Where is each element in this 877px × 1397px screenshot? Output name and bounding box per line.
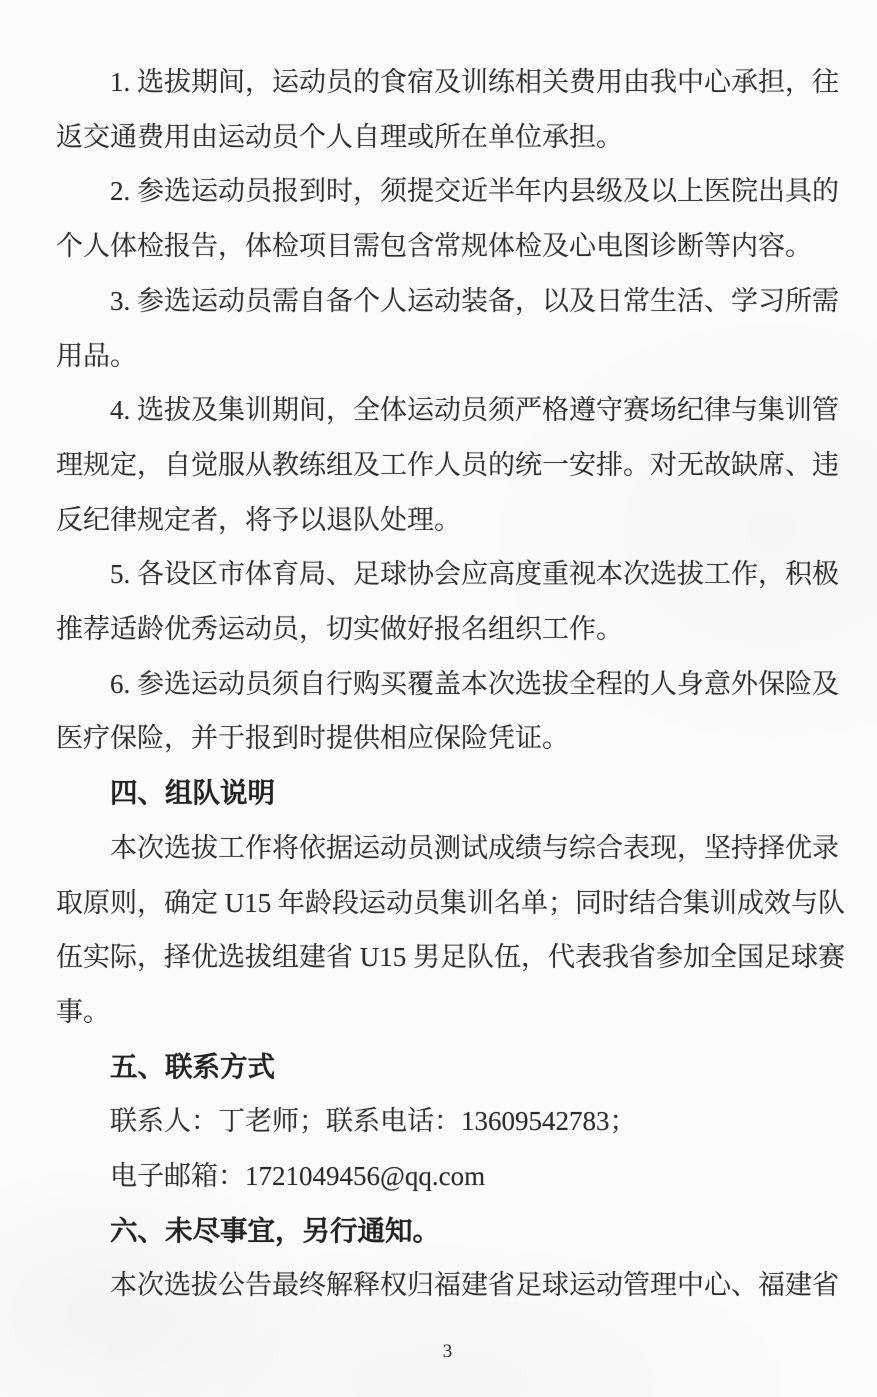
contact-person-phone-line: 联系人：丁老师；联系电话：13609542783； bbox=[56, 1094, 839, 1149]
clause-4-line-2: 理规定，自觉服从教练组及工作人员的统一安排。对无故缺席、违 bbox=[56, 438, 839, 493]
section-heading-team-formation: 四、组队说明 bbox=[56, 766, 839, 821]
clause-2-line-1: 2. 参选运动员报到时，须提交近半年内县级及以上医院出具的 bbox=[56, 164, 839, 219]
team-formation-paragraph-line-4: 事。 bbox=[56, 985, 839, 1040]
section-heading-contact: 五、联系方式 bbox=[56, 1040, 839, 1095]
clause-1-line-1: 1. 选拔期间，运动员的食宿及训练相关费用由我中心承担，往 bbox=[56, 55, 839, 110]
clause-5-line-1: 5. 各设区市体育局、足球协会应高度重视本次选拔工作，积极 bbox=[56, 547, 839, 602]
clause-4-line-1: 4. 选拔及集训期间，全体运动员须严格遵守赛场纪律与集训管 bbox=[56, 383, 839, 438]
clause-6-line-2: 医疗保险，并于报到时提供相应保险凭证。 bbox=[56, 711, 839, 766]
contact-email-line: 电子邮箱：1721049456@qq.com bbox=[56, 1149, 839, 1204]
clause-2-line-2: 个人体检报告，体检项目需包含常规体检及心电图诊断等内容。 bbox=[56, 219, 839, 274]
team-formation-paragraph-line-1: 本次选拔工作将依据运动员测试成绩与综合表现，坚持择优录 bbox=[56, 821, 839, 876]
scanned-document-page: 1. 选拔期间，运动员的食宿及训练相关费用由我中心承担，往 返交通费用由运动员个… bbox=[0, 0, 877, 1397]
clause-4-line-3: 反纪律规定者，将予以退队处理。 bbox=[56, 493, 839, 548]
clause-3-line-1: 3. 参选运动员需自备个人运动装备，以及日常生活、学习所需 bbox=[56, 274, 839, 329]
clause-5-line-2: 推荐适龄优秀运动员，切实做好报名组织工作。 bbox=[56, 602, 839, 657]
team-formation-paragraph-line-2: 取原则，确定 U15 年龄段运动员集训名单；同时结合集训成效与队 bbox=[56, 876, 839, 931]
clause-6-line-1: 6. 参选运动员须自行购买覆盖本次选拔全程的人身意外保险及 bbox=[56, 657, 839, 712]
clause-3-line-2: 用品。 bbox=[56, 329, 839, 384]
team-formation-paragraph-line-3: 伍实际，择优选拔组建省 U15 男足队伍，代表我省参加全国足球赛 bbox=[56, 930, 839, 985]
section-heading-misc-notice: 六、未尽事宜，另行通知。 bbox=[56, 1204, 839, 1259]
disclaimer-line-1: 本次选拔公告最终解释权归福建省足球运动管理中心、福建省 bbox=[56, 1258, 839, 1313]
clause-1-line-2: 返交通费用由运动员个人自理或所在单位承担。 bbox=[56, 110, 839, 165]
page-number: 3 bbox=[443, 1340, 453, 1364]
